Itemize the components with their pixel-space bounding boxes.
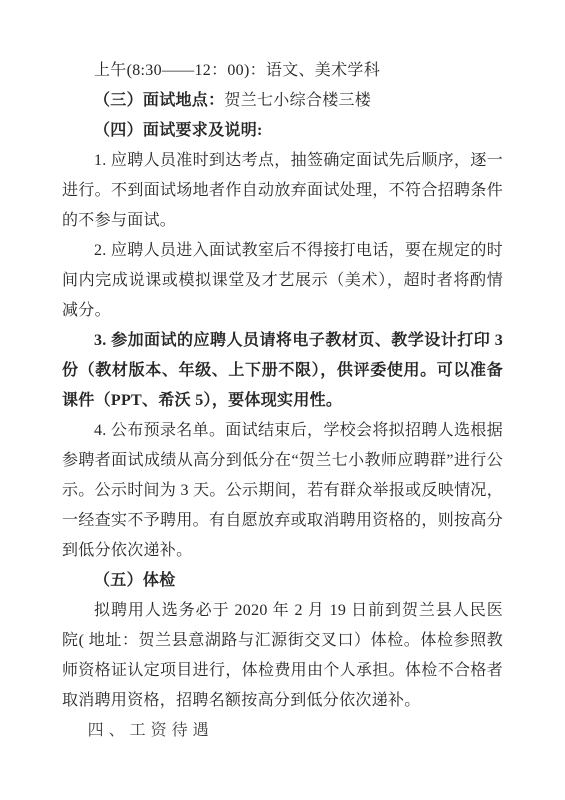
bold-text-run: （三）面试地点： (94, 92, 224, 109)
medical-exam-paragraph: 拟聘用人选务必于 2020 年 2 月 19 日前到贺兰县人民医院( 地址：贺兰… (62, 596, 503, 716)
requirement-4: 4. 公布预录名单。面试结束后，学校会将拟招聘人选根据参聘者面试成绩从高分到低分… (62, 416, 503, 566)
document-page: 上午(8:30——12：00)：语文、美术学科（三）面试地点：贺兰七小综合楼三楼… (0, 0, 565, 800)
section-3-interview-location: （三）面试地点：贺兰七小综合楼三楼 (62, 86, 503, 116)
requirement-2: 2. 应聘人员进入面试教室后不得接打电话，要在规定的时间内完成说课或模拟课堂及才… (62, 236, 503, 326)
requirement-3: 3. 参加面试的应聘人员请将电子教材页、教学设计打印 3 份（教材版本、年级、上… (62, 326, 503, 416)
section-4-salary-heading: 四、工资待遇 (62, 716, 503, 746)
text-run: 1. 应聘人员准时到达考点，抽签确定面试先后顺序，逐一进行。不到面试场地者作自动… (62, 152, 503, 229)
bold-text-run: （四）面试要求及说明: (94, 122, 263, 139)
bold-text-run: 3. 参加面试的应聘人员请将电子教材页、教学设计打印 3 份（教材版本、年级、上… (62, 332, 503, 409)
text-run: 四、工资待遇 (88, 722, 214, 739)
document-body: 上午(8:30——12：00)：语文、美术学科（三）面试地点：贺兰七小综合楼三楼… (62, 56, 503, 746)
schedule-morning-line: 上午(8:30——12：00)：语文、美术学科 (62, 56, 503, 86)
section-5-heading: （五）体检 (62, 566, 503, 596)
text-run: 4. 公布预录名单。面试结束后，学校会将拟招聘人选根据参聘者面试成绩从高分到低分… (62, 422, 503, 559)
bold-text-run: （五）体检 (94, 572, 176, 589)
requirement-1: 1. 应聘人员准时到达考点，抽签确定面试先后顺序，逐一进行。不到面试场地者作自动… (62, 146, 503, 236)
text-run: 拟聘用人选务必于 2020 年 2 月 19 日前到贺兰县人民医院( 地址：贺兰… (62, 602, 503, 709)
text-run: 2. 应聘人员进入面试教室后不得接打电话，要在规定的时间内完成说课或模拟课堂及才… (62, 242, 503, 319)
section-4-heading: （四）面试要求及说明: (62, 116, 503, 146)
text-run: 上午(8:30——12：00)：语文、美术学科 (94, 62, 380, 79)
text-run: 贺兰七小综合楼三楼 (224, 92, 371, 109)
